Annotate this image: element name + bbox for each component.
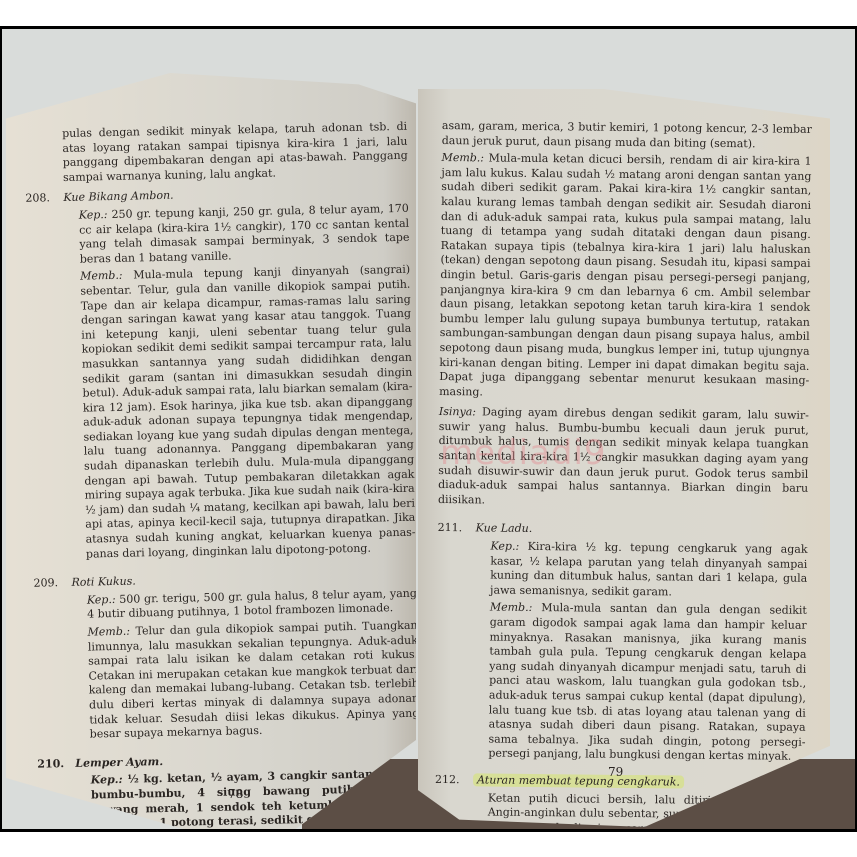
photo-frame: pulas dengan sedikit minyak kelapa, taru…: [0, 26, 857, 832]
memb-label: Memb.:: [80, 269, 123, 283]
ingredients: 250 gr. tepung kanji, 250 gr. gula, 8 te…: [79, 202, 410, 266]
watermark: mediadi9: [440, 433, 607, 473]
recipe-number: 210.: [37, 757, 64, 772]
recipe-number: 212.: [435, 773, 460, 788]
memb-label: Memb.:: [490, 601, 533, 614]
ingredients: Kira-kira ½ kg. tepung cengkaruk yang ag…: [490, 540, 808, 598]
highlighted-recipe-title: Aturan membuat tepung cengkaruk.: [473, 773, 684, 788]
method: Mula-mula santan dan gula dengan sedikit…: [488, 601, 807, 763]
recipe-number: 208.: [25, 192, 50, 207]
left-page: pulas dengan sedikit minyak kelapa, taru…: [6, 73, 416, 831]
left-page-text: pulas dengan sedikit minyak kelapa, taru…: [62, 120, 416, 831]
page-number: 78: [228, 787, 243, 801]
page-number: 79: [608, 765, 623, 779]
kep-label: Kep.:: [79, 208, 108, 222]
continuation-text: asam, garam, merica, 3 butir kemiri, 1 p…: [442, 119, 812, 152]
ingredients: 500 gr. terigu, 500 gr. gula halus, 8 te…: [87, 586, 416, 620]
recipe-title: Kue Ladu.: [476, 522, 533, 536]
right-page-text: asam, garam, merica, 3 butir kemiri, 1 p…: [434, 119, 812, 827]
isinya-label: Isinya:: [439, 405, 476, 418]
recipe-title: Kue Bikang Ambon.: [63, 189, 173, 204]
kep-label: Kep.:: [490, 540, 519, 553]
recipe-number: 209.: [33, 576, 58, 591]
kep-label: Kep.:: [87, 593, 116, 607]
method: Telur dan gula dikopiok sampai putih. Tu…: [88, 619, 416, 741]
recipe-title: Roti Kukus.: [71, 575, 136, 589]
recipe-211: 211.Kue Ladu. Kep.: Kira-kira ½ kg. tepu…: [473, 522, 807, 765]
memb-label: Memb.:: [442, 151, 485, 164]
recipe-title: Lemper Ayam.: [75, 755, 163, 770]
recipe-number: 211.: [438, 521, 463, 536]
memb-label: Memb.:: [87, 625, 130, 639]
recipe-208: 208.Kue Bikang Ambon. Kep.: 250 gr. tepu…: [63, 184, 416, 562]
kep-label: Kep.:: [91, 773, 123, 787]
method: Mula-mula ketan dicuci bersih, rendam di…: [439, 152, 812, 398]
recipe-209: 209.Roti Kukus. Kep.: 500 gr. terigu, 50…: [71, 569, 416, 743]
continuation-text: pulas dengan sedikit minyak kelapa, taru…: [62, 120, 408, 186]
method: Mula-mula tepung kanji dinyanyah (sangra…: [80, 263, 415, 560]
